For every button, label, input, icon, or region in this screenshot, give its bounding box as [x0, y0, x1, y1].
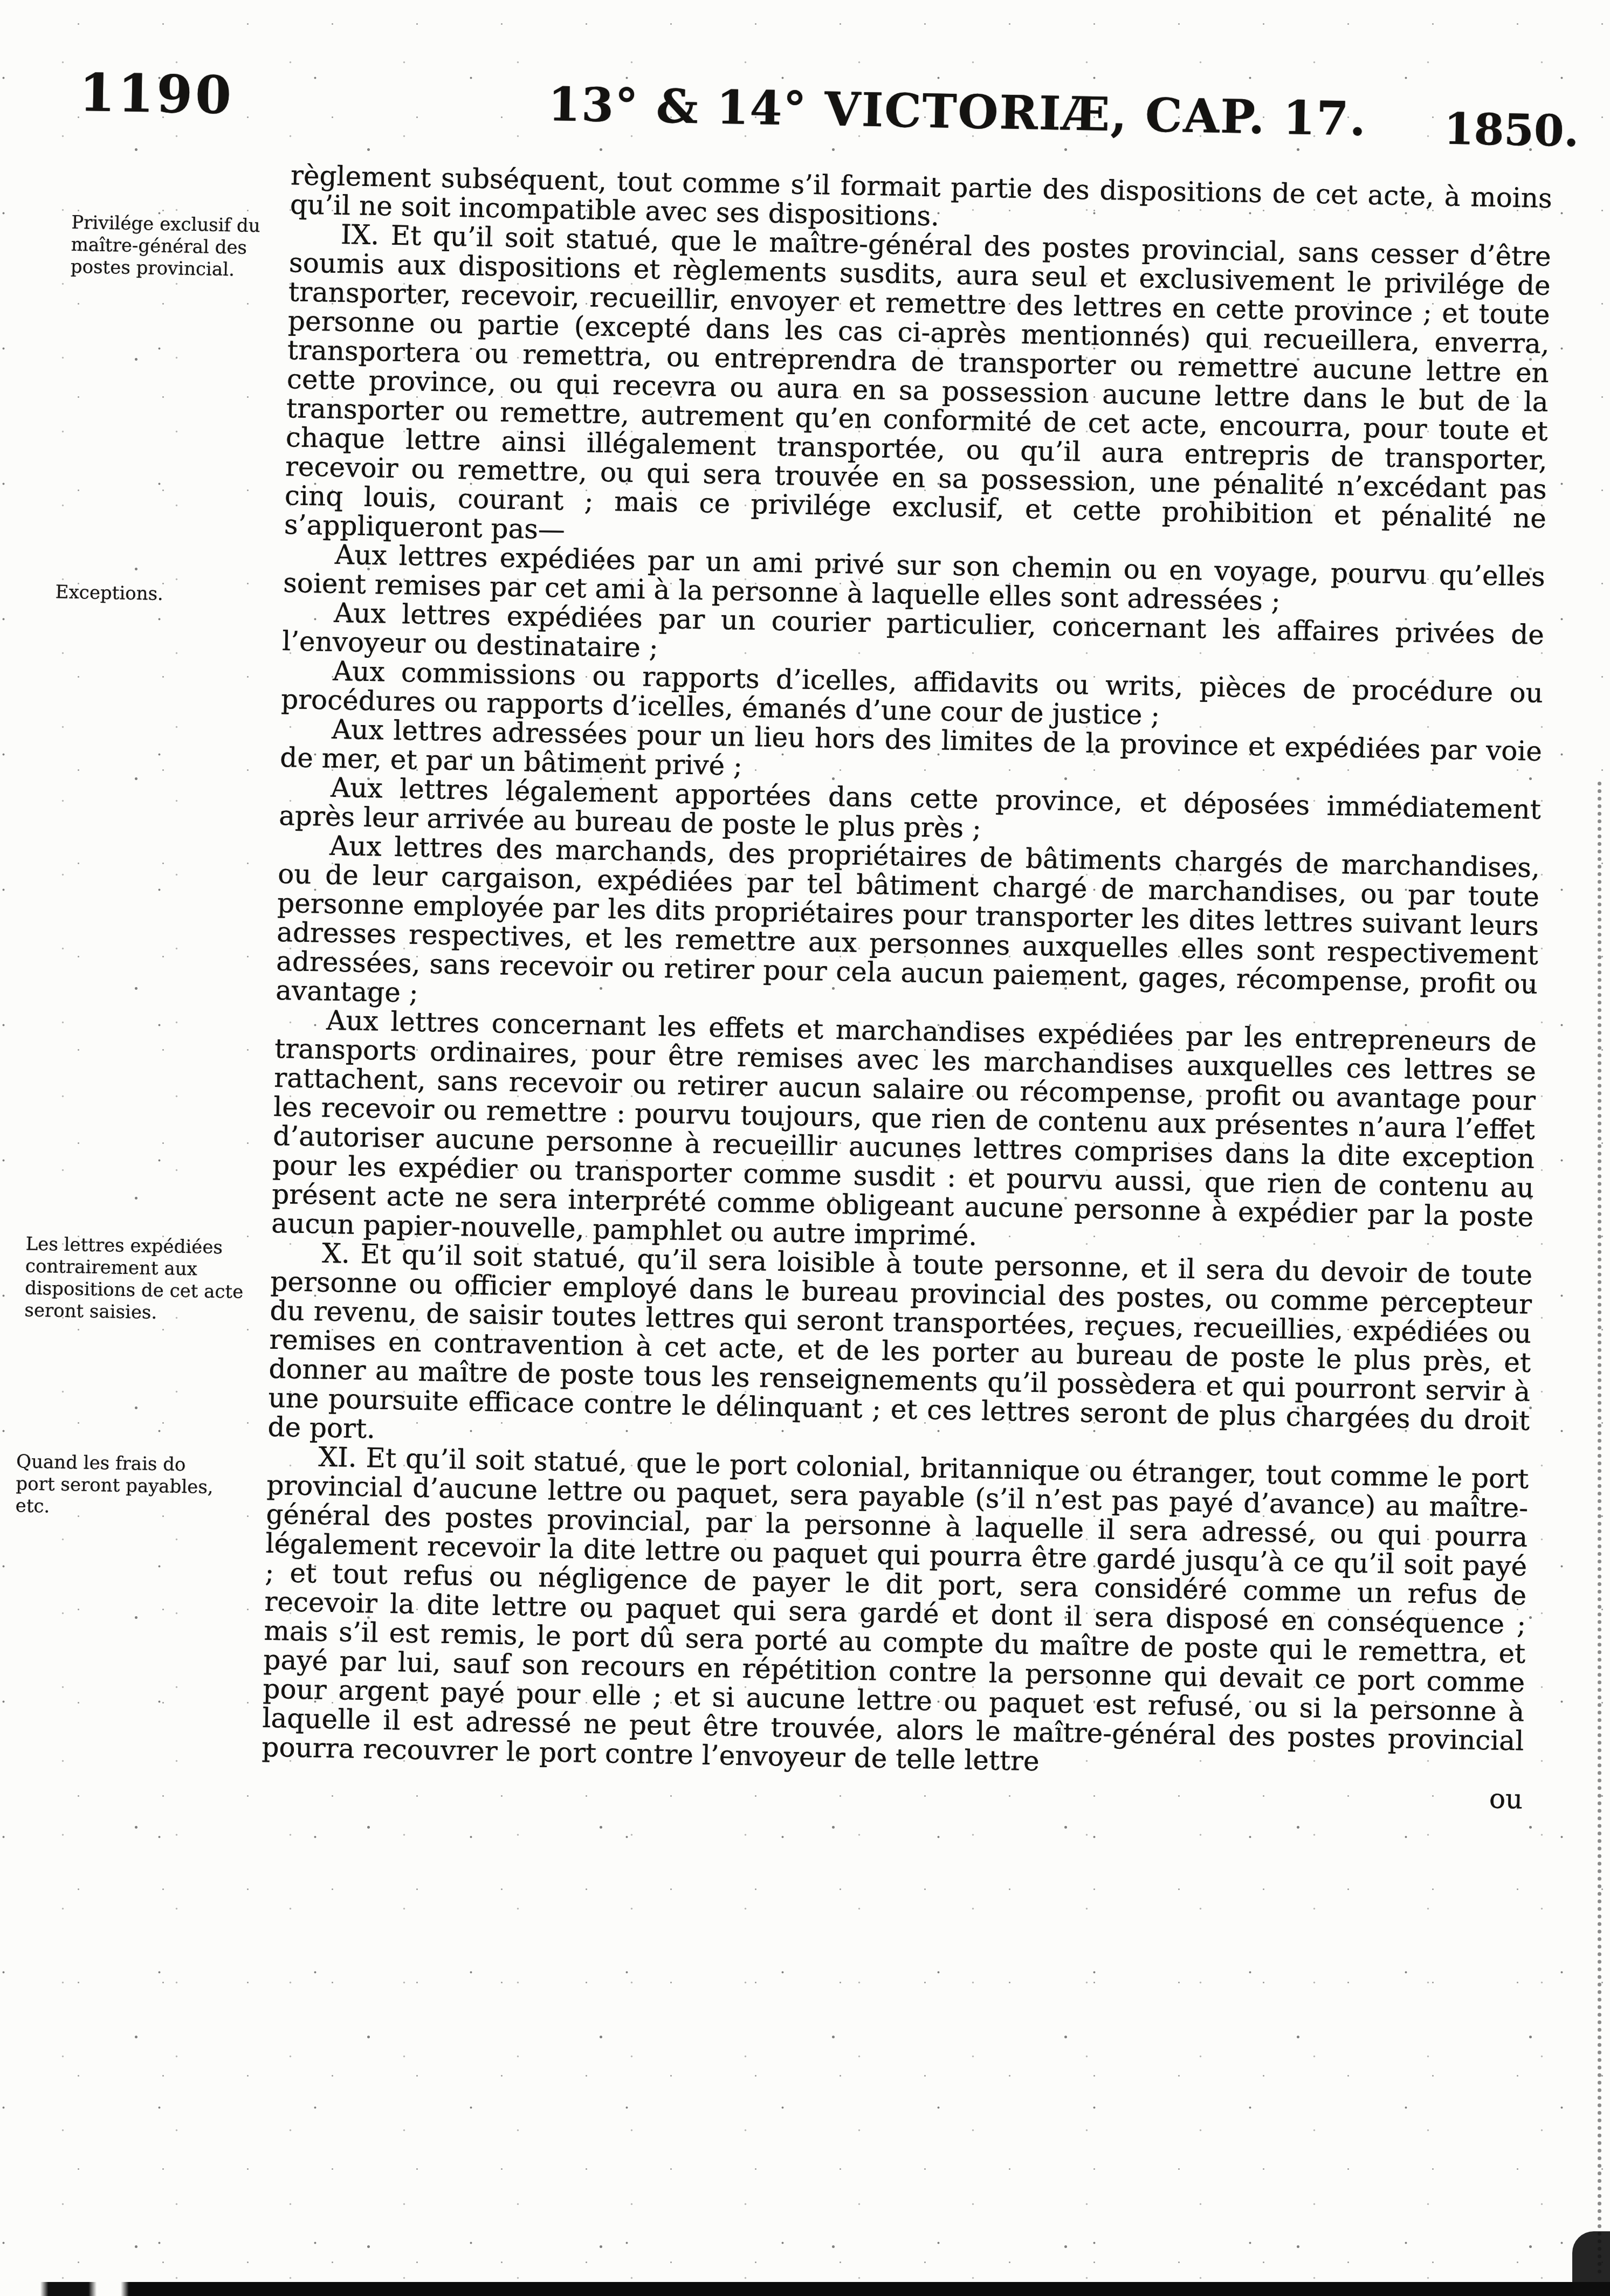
paragraph-text: IX. Et qu’il soit statué, que le maître-…: [284, 219, 1552, 546]
paragraph-text: XI. Et qu’il soit statué, que le port co…: [262, 1442, 1529, 1777]
page-content: 1190 13° & 14° VICTORIÆ, CAP. 17. 1850. …: [0, 0, 1609, 25]
margin-note-postage: Quand les frais do port seront payables,…: [15, 1451, 226, 1521]
paragraph-section-xi: Quand les frais do port seront payables,…: [262, 1442, 1529, 1785]
text-column: règlement subséquent, tout comme s’il fo…: [261, 161, 1552, 1814]
page-year: 1850.: [1443, 103, 1579, 156]
scan-artifact-corner-blob: [1572, 2231, 1610, 2296]
paragraph-exception-6: Aux lettres des marchands, des propriéta…: [276, 830, 1540, 1028]
scan-artifact-bottom-band: [0, 2282, 1610, 2296]
running-title: 13° & 14° VICTORIÆ, CAP. 17.: [548, 77, 1367, 147]
margin-note-seizure: Les lettres expédiées contrairement aux …: [24, 1233, 247, 1326]
paragraph-section-ix: Privilége exclusif du maître-général des…: [284, 219, 1551, 562]
paragraph-section-x: Les lettres expédiées contrairement aux …: [267, 1238, 1533, 1465]
paragraph-text: X. Et qu’il soit statué, qu’il sera lois…: [267, 1238, 1533, 1445]
paragraph-exception-7: Aux lettres concernant les effets et mar…: [271, 1005, 1537, 1261]
paragraph-text: Aux lettres concernant les effets et mar…: [271, 1005, 1537, 1252]
paragraph-text: Aux lettres des marchands, des propriéta…: [276, 830, 1540, 1009]
scan-artifact-edge-dots: [1598, 782, 1601, 2274]
page-number: 1190: [79, 62, 235, 126]
scanned-statute-page: 1190 13° & 14° VICTORIÆ, CAP. 17. 1850. …: [0, 0, 1610, 2296]
margin-note-privilege: Privilége exclusif du maître-général des…: [70, 212, 281, 282]
margin-note-exceptions: Exceptions.: [55, 581, 217, 606]
